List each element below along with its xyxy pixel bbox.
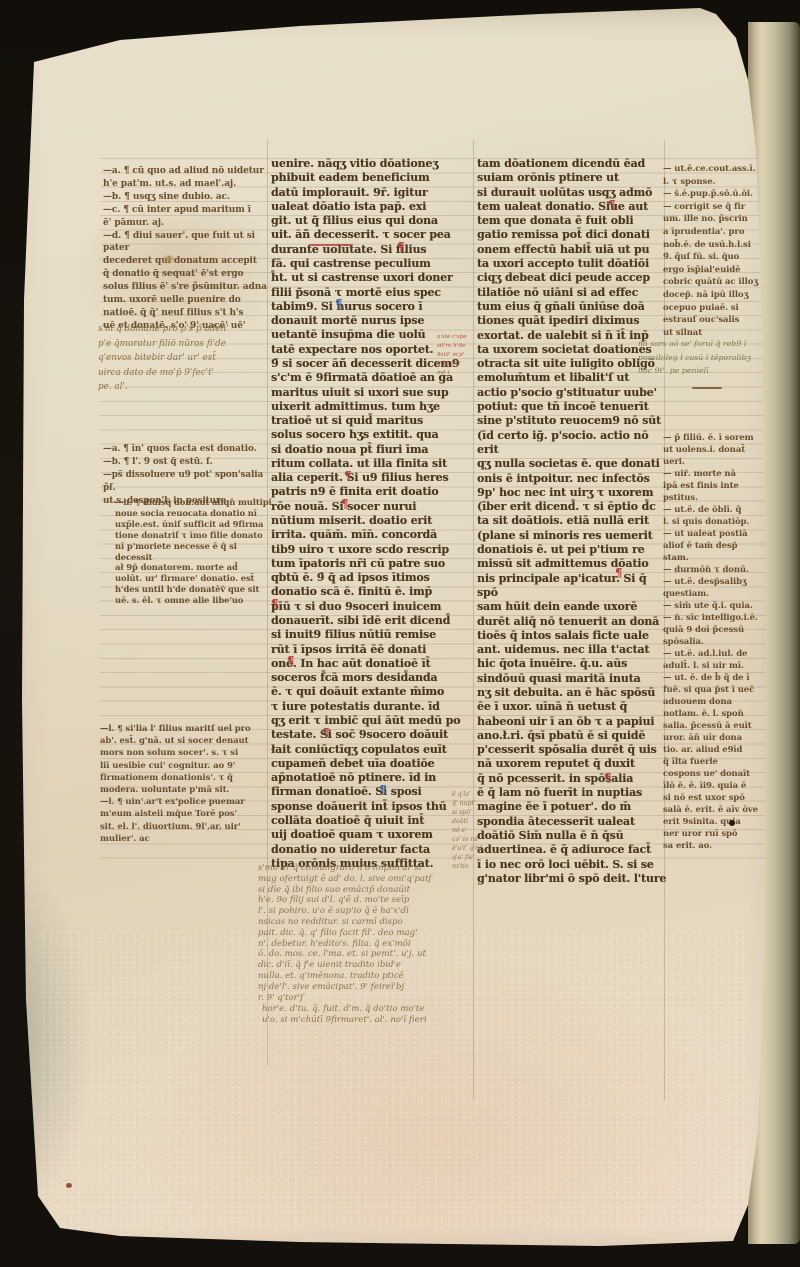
paragraph-mark: ¶ [615, 567, 623, 579]
parchment-speck [66, 1183, 72, 1188]
paragraph-mark: ¶ [344, 470, 352, 482]
main-text-column-2: tam dōationem dicendū ēad suiam orōnis p… [477, 157, 667, 886]
paragraph-mark: ¶ [608, 199, 616, 211]
paragraph-mark: ¶ [335, 298, 343, 310]
paragraph-mark: ¶ [271, 598, 279, 610]
paragraph-mark: ¶ [341, 498, 349, 510]
strikethrough-mark [309, 244, 353, 246]
paragraph-mark: ¶ [604, 772, 612, 784]
right-margin-gloss-lower: — p̃ filiū. ē. ī sorem ut uolens.i. dona… [663, 432, 769, 852]
intercolumn-scribbles: ē q'la' q̃' nupt' si spō' doātī nō e' co… [452, 790, 522, 871]
bottom-cursive-addendum: hor'e. d'tu. q̄. fuit. d'm. q̃ do'tio mo… [262, 1004, 512, 1026]
strikethrough-mark [692, 387, 722, 389]
left-margin-gloss-d: —l. ¶ si'lia l' filius maritſ uel pro ab… [100, 723, 274, 845]
red-ink-interlinear-note: a'ste c'spe sit're h'ile 9stā' m'p' m'nī… [437, 333, 473, 378]
manuscript-page: uenire. nāqʒ vitio dōationeʒ phibuit ead… [0, 0, 800, 1267]
left-margin-cursive-note: s'm q̄ domane pro p's p̃ aden' p'e q̄mor… [98, 322, 276, 395]
left-margin-gloss-a: —a. ¶ cū quo ad aliud nō uidetur h'e pat… [103, 165, 273, 333]
paragraph-mark: ¶ [379, 784, 387, 796]
left-margin-gloss-c: —h. ¶ diuisq̃ don.aut aliqn̄ multipi nou… [115, 497, 275, 606]
main-text-column-1: uenire. nāqʒ vitio dōationeʒ phibuit ead… [271, 157, 473, 871]
paragraph-mark: ¶ [397, 241, 405, 253]
green-ink-marginal-note: nō sors aō se' foruī q̄ reb9 ī possibile… [638, 337, 752, 378]
paragraph-mark: ¶ [322, 727, 330, 739]
paragraph-mark: ¶ [287, 655, 295, 667]
bottom-cursive-note: s'mo ēr̄ q̃ comungraro n'o impim'ar si m… [258, 863, 516, 1003]
right-margin-gloss-upper: — ut.ē.ce.cout.ass.ī. l. τ sponse. — s̄.… [663, 163, 769, 339]
